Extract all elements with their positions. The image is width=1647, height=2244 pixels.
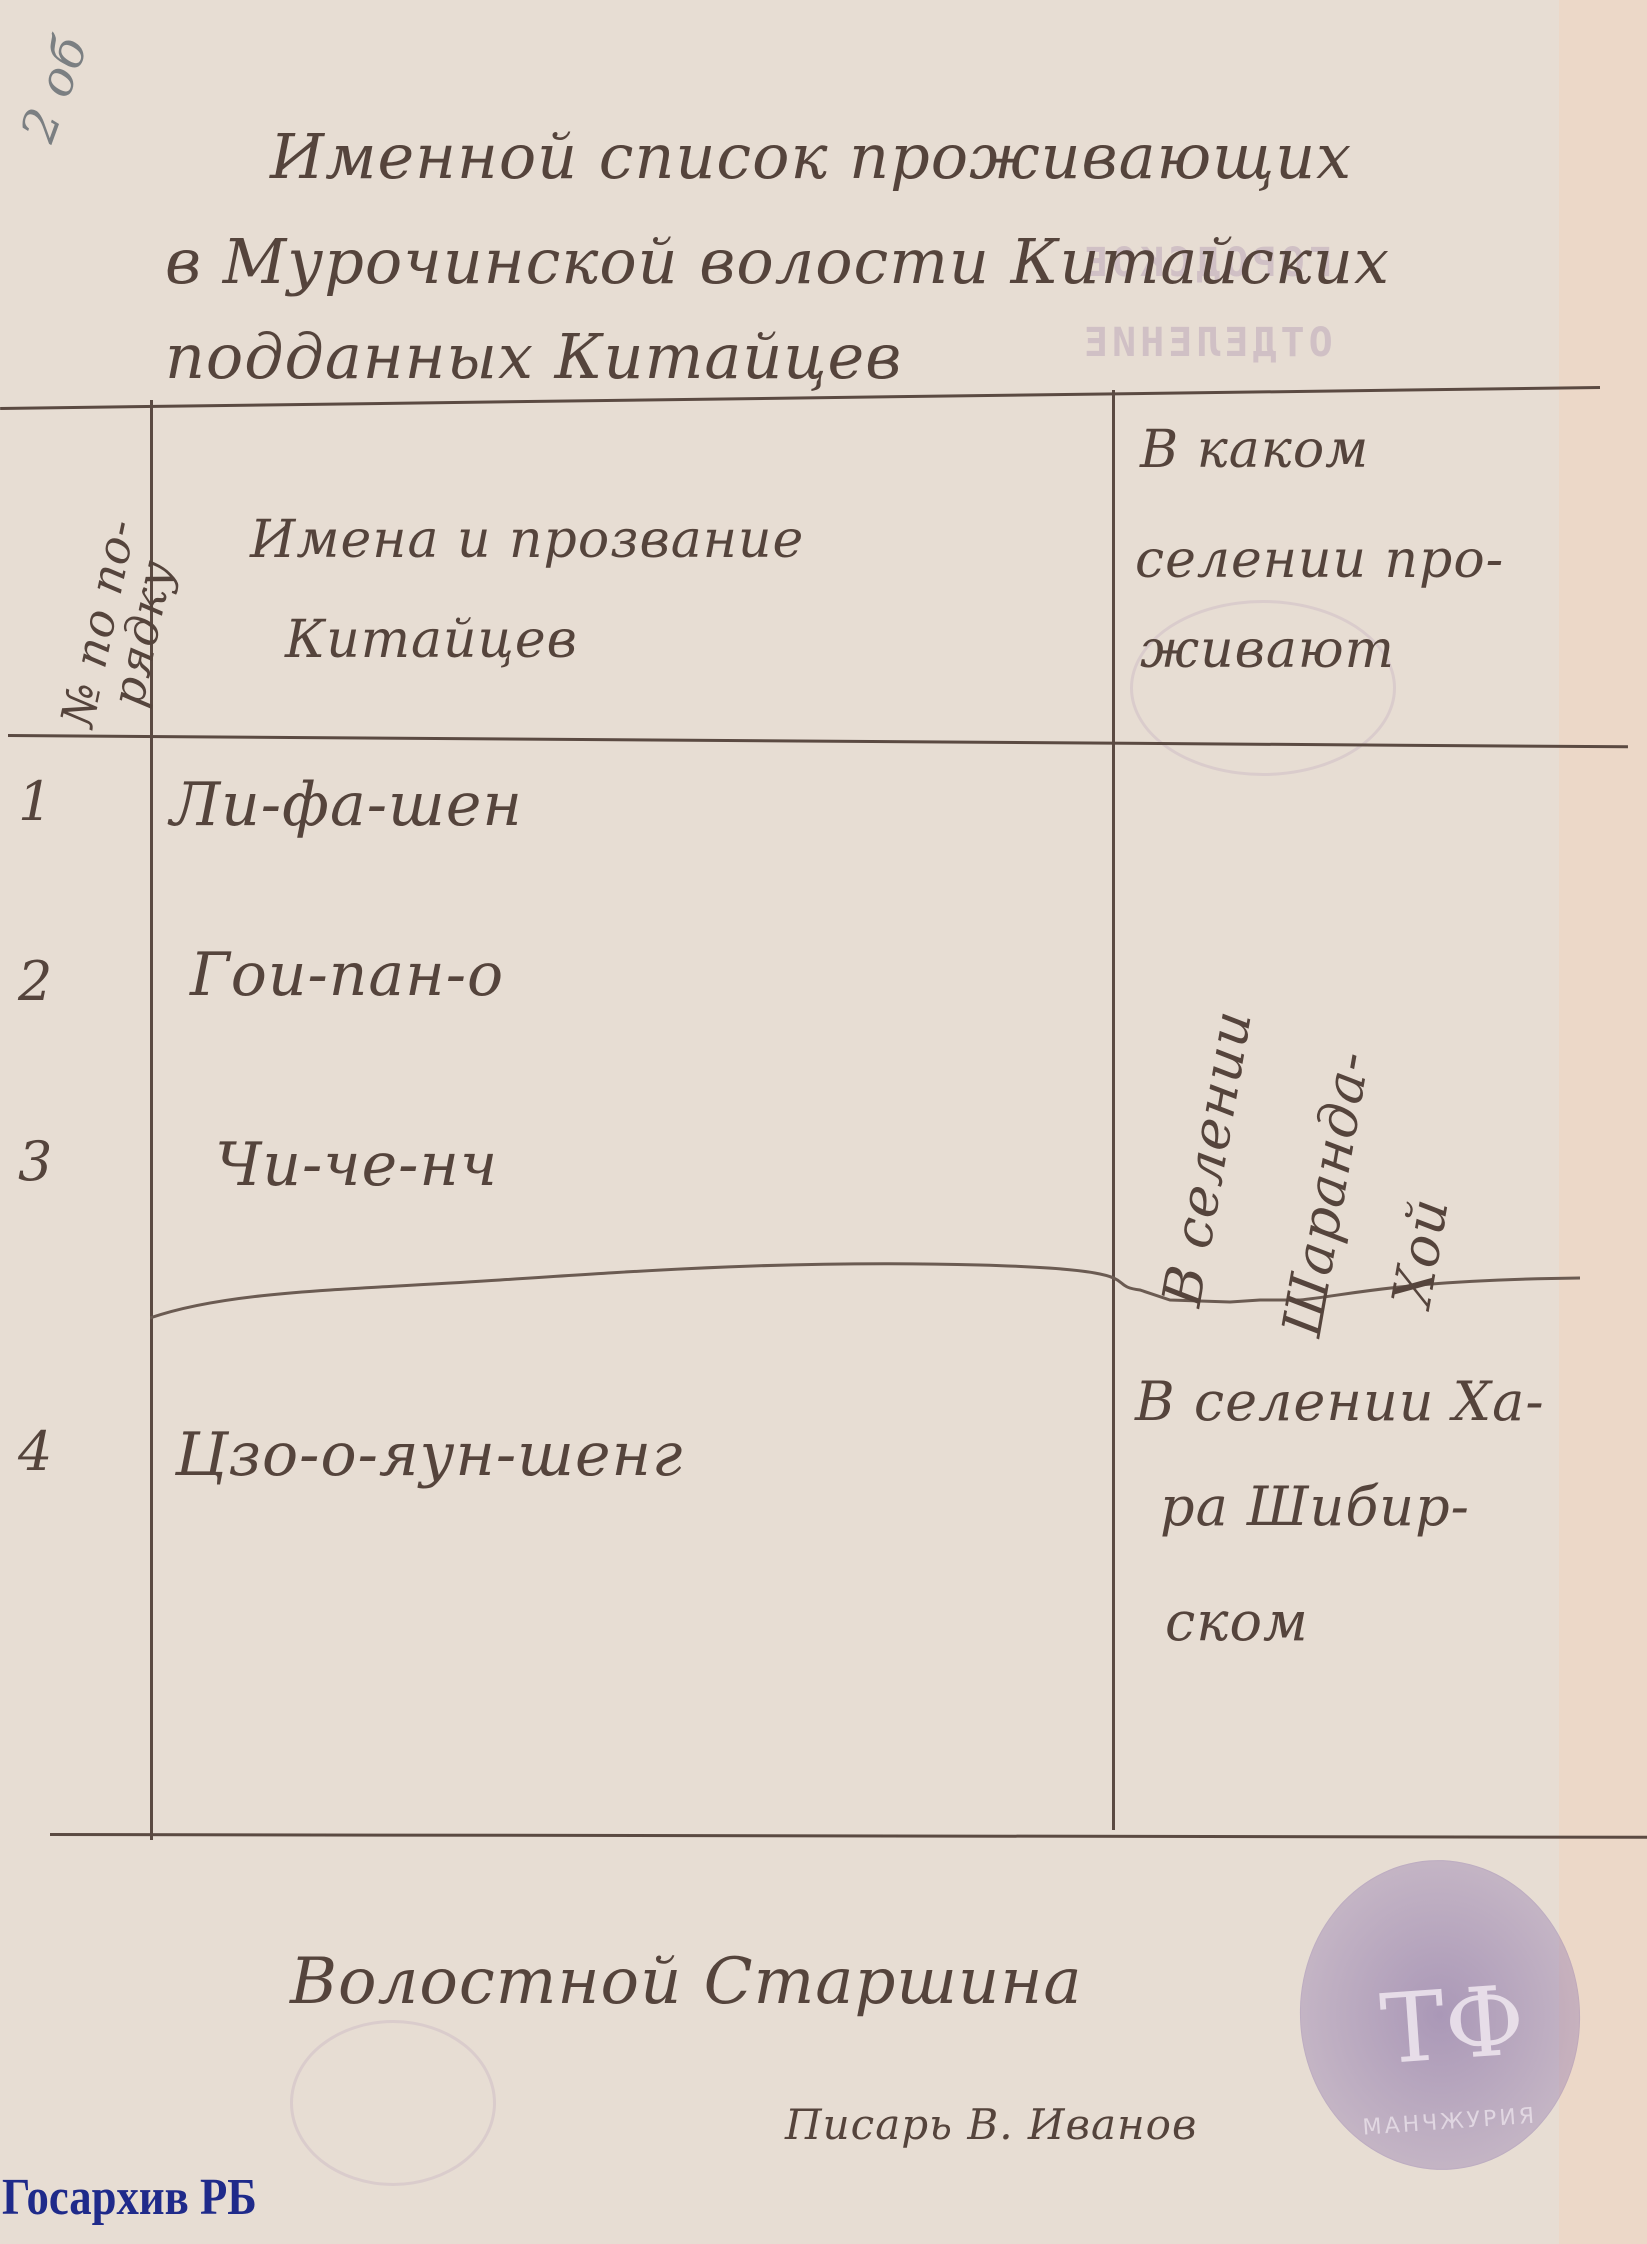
- bleed-through-stamp-text: ОТДЕЛЕНИЕ: [1080, 320, 1333, 366]
- seal-monogram: ТФ: [1377, 1964, 1528, 2086]
- elder-signature: Волостной Старшина: [290, 1945, 1083, 2019]
- row-number: 2: [18, 950, 53, 1013]
- official-seal: ТФ МАНЧЖУРИЯ: [1290, 1851, 1591, 2180]
- header-settlement-line-1: В каком: [1140, 420, 1369, 480]
- faint-round-stamp: [290, 2020, 496, 2186]
- row-name: Чи-че-нч: [215, 1130, 498, 1200]
- header-name-line-1: Имена и прозвание: [250, 510, 804, 570]
- title-line-1: Именной список проживающих: [270, 120, 1352, 193]
- seal-rim-text: МАНЧЖУРИЯ: [1362, 2104, 1538, 2141]
- row-number: 4: [18, 1420, 53, 1483]
- header-name-line-2: Китайцев: [285, 610, 578, 670]
- row-number: 1: [18, 770, 53, 833]
- title-line-2: в Мурочинской волости Китайских: [165, 225, 1390, 298]
- settlement-line: ра Шибир-: [1160, 1475, 1470, 1538]
- header-bottom-rule: [8, 734, 1628, 748]
- row-number: 3: [18, 1130, 53, 1193]
- column-divider-settlement: [1112, 390, 1115, 1830]
- row-name: Гои-пан-о: [190, 940, 504, 1010]
- archive-page-mark: 2 об: [10, 29, 100, 150]
- paper-edge: [1559, 0, 1647, 2244]
- title-line-3: подданных Китайцев: [165, 320, 902, 393]
- settlement-line: ском: [1165, 1590, 1309, 1653]
- header-settlement-line-3: живают: [1140, 620, 1395, 680]
- archive-watermark: Госархив РБ: [2, 2168, 257, 2227]
- header-settlement-line-2: селении про-: [1135, 530, 1504, 590]
- row-name: Ли-фа-шен: [170, 770, 523, 840]
- row-name: Цзо-о-яун-шенг: [175, 1420, 683, 1490]
- settlement-line: В селении Ха-: [1135, 1370, 1545, 1433]
- clerk-signature: Писарь В. Иванов: [785, 2100, 1197, 2149]
- table-bottom-rule: [50, 1833, 1647, 1839]
